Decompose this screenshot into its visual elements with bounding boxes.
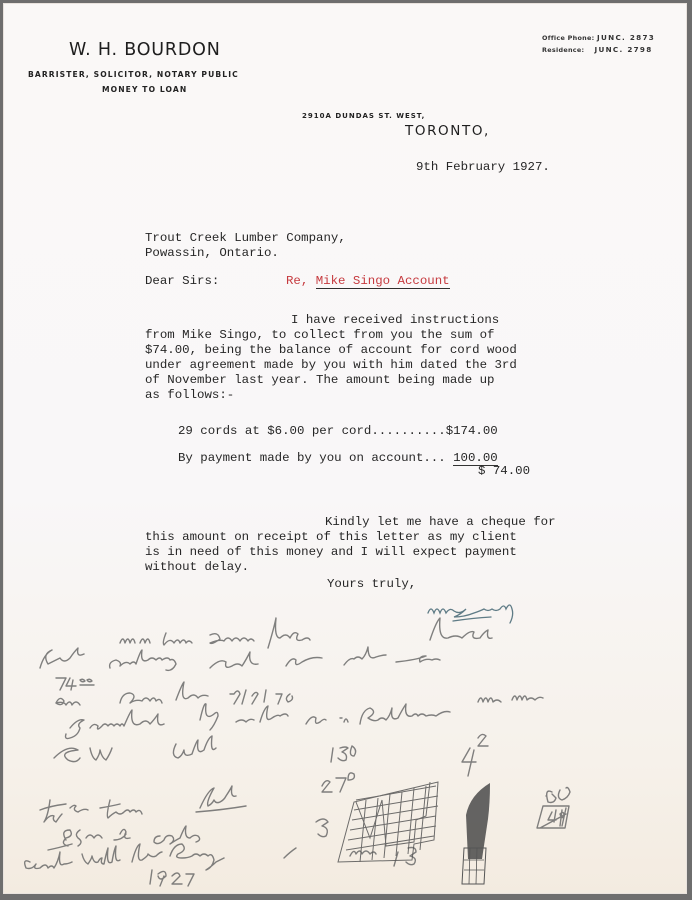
handwritten-annotations <box>0 0 692 900</box>
pencil-sketches <box>338 782 438 862</box>
pencil-note <box>25 618 570 886</box>
dark-sketch-shape <box>462 783 490 884</box>
signature <box>428 605 513 623</box>
